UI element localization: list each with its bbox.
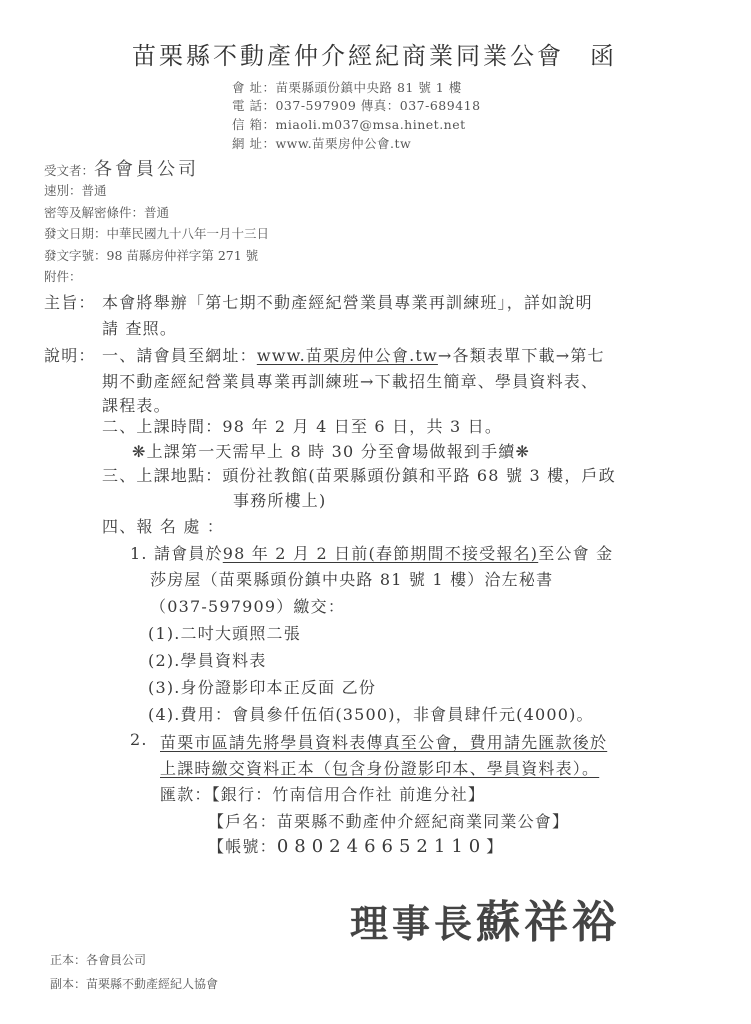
sub-1-prefix: 1. 請會員於	[130, 544, 223, 563]
requirement-3: (3).身份證影印本正反面 乙份	[148, 675, 376, 698]
item-1-rest: →各類表單下載→第七	[438, 346, 605, 365]
remittance-bank: 匯款：【銀行：竹南信用合作社 前進分社】	[160, 782, 485, 805]
recipient-value: 各會員公司	[94, 159, 199, 180]
sub-1-rest: 至公會 金	[538, 544, 613, 563]
signature: 理事長蘇祥裕	[350, 886, 620, 950]
item-1-line-1: 一、請會員至網址：www.苗栗房仲公會.tw→各類表單下載→第七	[102, 343, 605, 366]
original-recipient: 正本：各會員公司	[50, 951, 146, 968]
item-2-note: ❋上課第一天需早上 8 時 30 分至會場做報到手續❋	[132, 439, 530, 462]
signature-name: 蘇祥裕	[476, 897, 620, 948]
recipient-label: 受文者：	[44, 163, 94, 178]
subject-label: 主旨：	[44, 290, 96, 313]
doc-number: 發文字號：98 苗縣房仲祥字第 271 號	[44, 246, 258, 264]
account-number: 【帳號：080246652110】	[208, 834, 503, 857]
subject-line-1: 本會將舉辦「第七期不動產經紀營業員專業再訓練班」，詳如說明	[102, 290, 593, 313]
issue-date: 發文日期：中華民國九十八年一月十三日	[44, 224, 269, 242]
item-1-prefix: 一、請會員至網址：	[102, 346, 257, 365]
website-link[interactable]: www.苗栗房仲公會.tw	[257, 346, 438, 365]
contact-email[interactable]: 信 箱：miaoli.m037@msa.hinet.net	[232, 115, 466, 133]
attachment: 附件：	[44, 267, 82, 285]
speed: 速別：普通	[44, 181, 107, 199]
item-3-location-line-2: 事務所樓上)	[233, 488, 326, 511]
account-name: 【戶名：苗栗縣不動產仲介經紀商業同業公會】	[208, 809, 569, 832]
explanation-label: 說明：	[44, 343, 96, 366]
signature-title: 理事長	[350, 901, 476, 946]
recipient: 受文者：各會員公司	[44, 155, 199, 181]
item-1-line-2: 期不動產經紀營業員專業再訓練班→下載招生簡章、學員資料表、	[102, 369, 598, 392]
account-number-value: 080246652110	[277, 836, 486, 857]
sub-1-line-2: 莎房屋（苗栗縣頭份鎮中央路 81 號 1 樓）洽左秘書	[150, 567, 553, 590]
contact-phone: 電 話：037-597909 傳真：037-689418	[232, 96, 481, 114]
bank-name: 【銀行：竹南信用合作社 前進分社】	[212, 785, 486, 804]
sub-2-number: 2.	[130, 730, 148, 749]
sub-1-line-1: 1. 請會員於98 年 2 月 2 日前(春節期間不接受報名)至公會 金	[130, 541, 613, 564]
account-number-close: 】	[486, 837, 503, 856]
sub-2-line-2: 上課時繳交資料正本（包含身份證影印本、學員資料表）。	[160, 756, 599, 779]
item-2-class-time: 二、上課時間：98 年 2 月 4 日至 6 日，共 3 日。	[102, 414, 502, 437]
sub-1-line-3: （037-597909）繳交：	[150, 594, 345, 617]
remit-label: 匯款：	[160, 785, 212, 804]
deadline-underlined: 98 年 2 月 2 日前(春節期間不接受報名)	[223, 544, 538, 563]
secrecy: 密等及解密條件：普通	[44, 203, 169, 221]
contact-website[interactable]: 網 址：www.苗栗房仲公會.tw	[232, 134, 411, 152]
item-4-registration: 四、報 名 處 ：	[102, 514, 224, 537]
copy-recipient: 副本：苗栗縣不動產經紀人協會	[50, 975, 218, 992]
requirement-2: (2).學員資料表	[148, 648, 267, 671]
requirement-1: (1).二吋大頭照二張	[148, 621, 301, 644]
sub-2-line-1: 苗栗市區請先將學員資料表傳真至公會，費用請先匯款後於	[160, 730, 607, 753]
subject-line-2: 請 查照。	[102, 316, 177, 339]
item-1-line-3: 課程表。	[102, 393, 171, 416]
account-number-label: 【帳號：	[208, 837, 277, 856]
contact-address: 會 址：苗栗縣頭份鎮中央路 81 號 1 樓	[232, 78, 462, 96]
doc-type: 函	[590, 42, 617, 70]
org-name: 苗栗縣不動產仲介經紀商業同業公會	[132, 42, 564, 70]
requirement-4: (4).費用：會員參仟伍佰(3500)，非會員肆仟元(4000)。	[148, 702, 594, 725]
org-title: 苗栗縣不動產仲介經紀商業同業公會函	[132, 36, 617, 71]
item-3-location-line-1: 三、上課地點：頭份社教館(苗栗縣頭份鎮和平路 68 號 3 樓，戶政	[102, 463, 616, 486]
